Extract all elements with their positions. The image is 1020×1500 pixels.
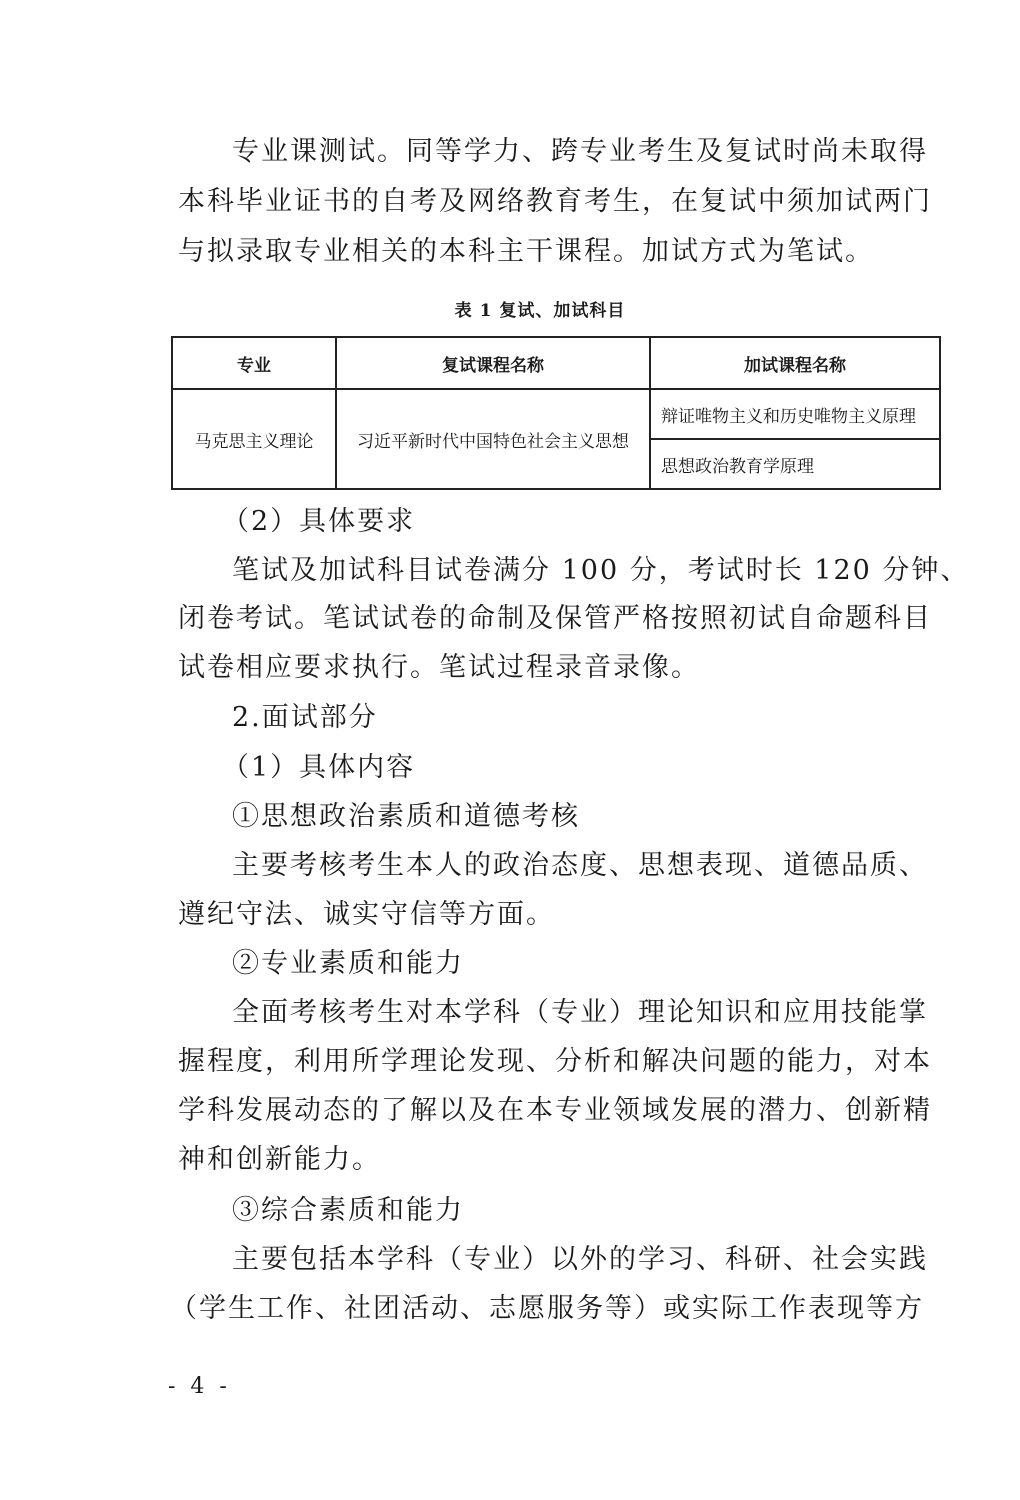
paragraph-line: 笔试及加试科目试卷满分 100 分，考试时长 120 分钟、 bbox=[0, 553, 1020, 589]
section-heading: （1）具体内容 bbox=[0, 750, 1020, 786]
paragraph-line: 专业课测试。同等学力、跨专业考生及复试时尚未取得 bbox=[0, 134, 1020, 170]
item-title: ②专业素质和能力 bbox=[0, 946, 1020, 982]
paragraph-line: 学科发展动态的了解以及在本专业领域发展的潜力、创新精 bbox=[0, 1093, 1020, 1129]
paragraph-line: 与拟录取专业相关的本科主干课程。加试方式为笔试。 bbox=[0, 234, 1020, 270]
page-number: - 4 - bbox=[168, 1374, 231, 1399]
table-header-row: 专业 复试课程名称 加试课程名称 bbox=[172, 337, 940, 389]
cell-major: 马克思主义理论 bbox=[172, 389, 336, 489]
paragraph-line: 遵纪守法、诚实守信等方面。 bbox=[0, 897, 1020, 933]
table-row: 马克思主义理论 习近平新时代中国特色社会主义思想 辩证唯物主义和历史唯物主义原理 bbox=[172, 389, 940, 439]
paragraph-line: 试卷相应要求执行。笔试过程录音录像。 bbox=[0, 650, 1020, 686]
paragraph-line: 闭卷考试。笔试试卷的命制及保管严格按照初试自命题科目 bbox=[0, 601, 1020, 637]
section-heading: （2）具体要求 bbox=[0, 504, 1020, 540]
cell-extra-course-1: 辩证唯物主义和历史唯物主义原理 bbox=[650, 389, 940, 439]
paragraph-line: 本科毕业证书的自考及网络教育考生，在复试中须加试两门 bbox=[0, 184, 1020, 220]
paragraph-line: 全面考核考生对本学科（专业）理论知识和应用技能掌 bbox=[0, 995, 1020, 1031]
header-major: 专业 bbox=[172, 337, 336, 389]
paragraph-line: 握程度，利用所学理论发现、分析和解决问题的能力，对本 bbox=[0, 1044, 1020, 1080]
exam-subjects-table: 专业 复试课程名称 加试课程名称 马克思主义理论 习近平新时代中国特色社会主义思… bbox=[171, 336, 941, 490]
item-title: ①思想政治素质和道德考核 bbox=[0, 799, 1020, 835]
paragraph-line: （学生工作、社团活动、志愿服务等）或实际工作表现等方 bbox=[0, 1291, 1020, 1327]
paragraph-line: 主要考核考生本人的政治态度、思想表现、道德品质、 bbox=[0, 848, 1020, 884]
section-heading: 2.面试部分 bbox=[0, 700, 1020, 736]
table-caption: 表 1 复试、加试科目 bbox=[0, 296, 1020, 321]
header-extra-course: 加试课程名称 bbox=[650, 337, 940, 389]
paragraph-line: 主要包括本学科（专业）以外的学习、科研、社会实践 bbox=[0, 1242, 1020, 1278]
paragraph-line: 神和创新能力。 bbox=[0, 1142, 1020, 1178]
item-title: ③综合素质和能力 bbox=[0, 1193, 1020, 1229]
cell-extra-course-2: 思想政治教育学原理 bbox=[650, 439, 940, 489]
header-retest-course: 复试课程名称 bbox=[336, 337, 650, 389]
cell-retest-course: 习近平新时代中国特色社会主义思想 bbox=[336, 389, 650, 489]
